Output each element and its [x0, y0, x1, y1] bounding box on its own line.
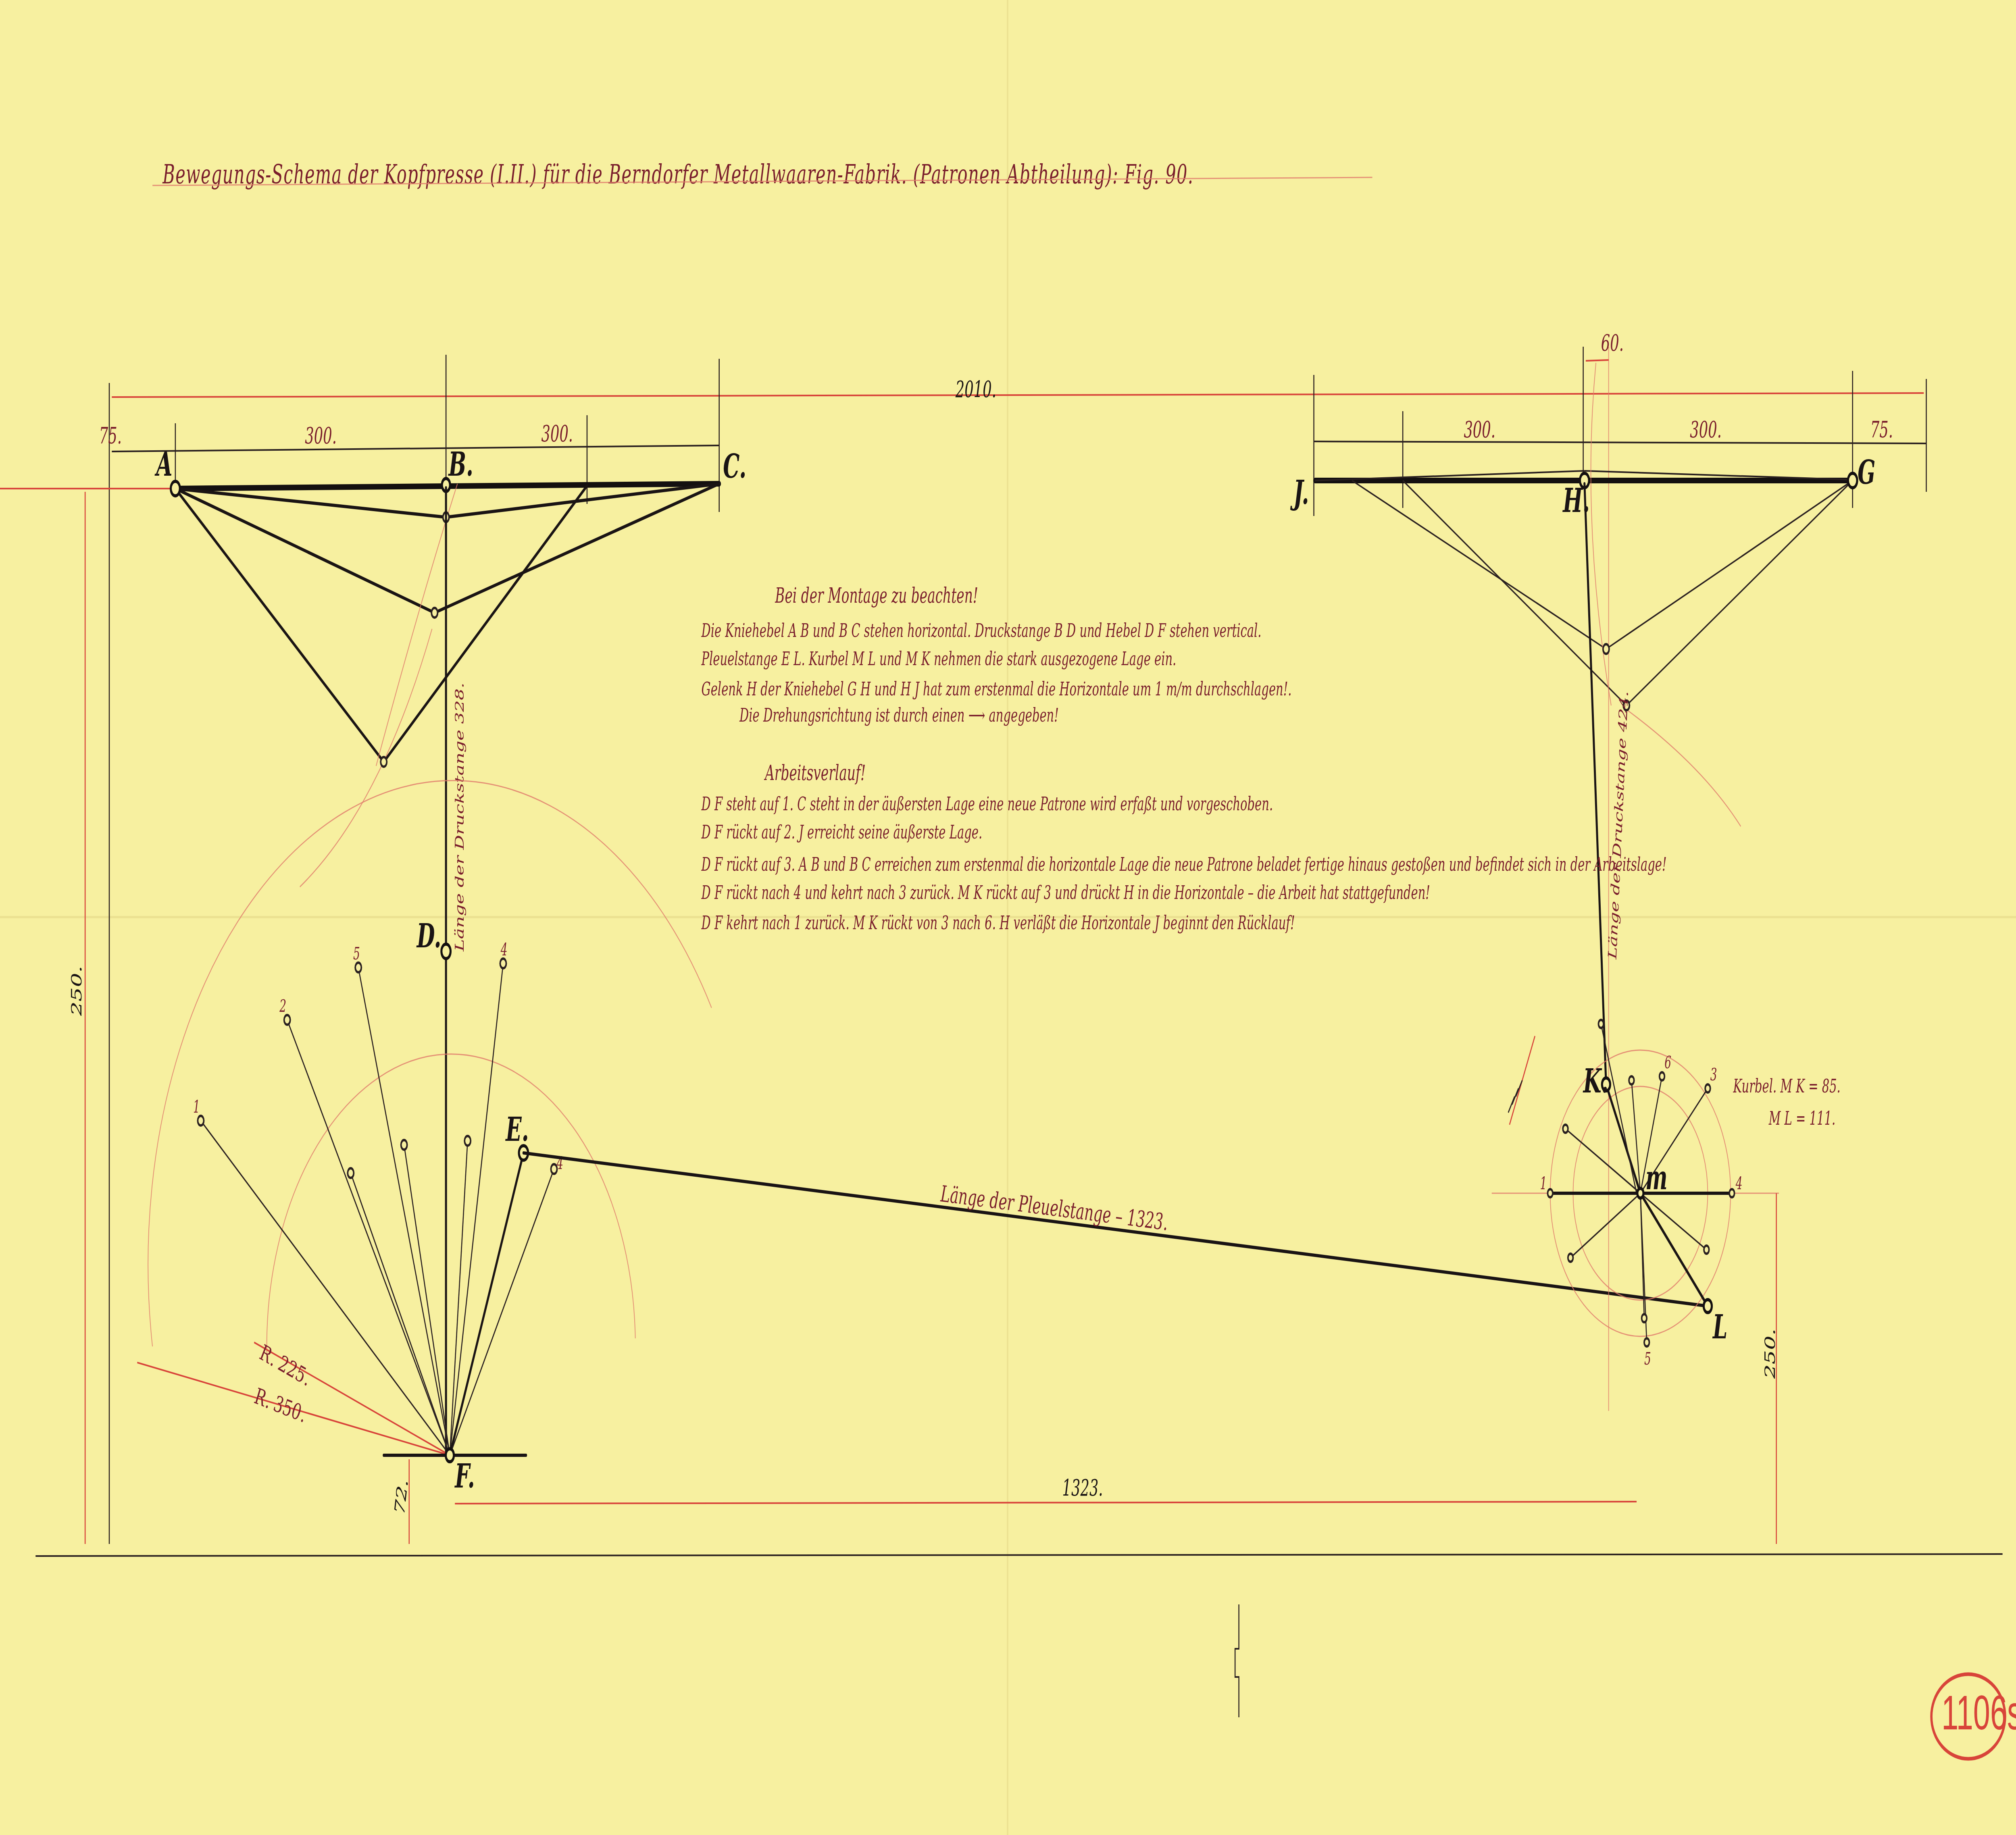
dim-gh: 300.	[1690, 417, 1722, 443]
point-d-label: D.	[416, 917, 441, 956]
dim-bottom-span: 1323.	[1062, 1475, 1103, 1502]
crank-spec-ml: M L = 111.	[1768, 1108, 1835, 1130]
assembly-note-line: Die Drehungsrichtung ist durch einen ⟶ a…	[739, 705, 1059, 726]
left-push-rod-label: Länge der Druckstange 328.	[453, 682, 467, 952]
point-e-label: E.	[505, 1111, 529, 1149]
position-5: 5	[1644, 1349, 1651, 1369]
work-sequence-heading: Arbeitsverlauf!	[764, 761, 866, 785]
point-f-label: F.	[454, 1457, 475, 1496]
position-5: 5	[353, 944, 360, 964]
point-g-label: G	[1858, 454, 1875, 492]
dim-left-height: 250.	[69, 965, 85, 1016]
dim-bc: 300.	[541, 421, 573, 447]
position-3: 3	[1710, 1065, 1717, 1085]
dim-left-offset: 75.	[99, 423, 122, 449]
position-1: 1	[193, 1097, 200, 1117]
dim-ab: 300.	[305, 423, 337, 449]
point-l-label: L	[1712, 1308, 1728, 1347]
crank-spec-mk: Kurbel. M K = 85.	[1733, 1076, 1841, 1097]
dim-right-offset: 75.	[1870, 417, 1893, 443]
work-sequence-line: D F rückt auf 3. A B und B C erreichen z…	[701, 854, 1667, 876]
position-1: 1	[1540, 1174, 1547, 1194]
position-4: 4	[500, 940, 508, 960]
assembly-note-line: Pleuelstange E L. Kurbel M L und M K neh…	[701, 648, 1177, 670]
point-c-label: C.	[723, 447, 746, 486]
work-sequence-line: D F kehrt nach 1 zurück. M K rückt von 3…	[701, 912, 1295, 934]
point-a-label: A	[154, 445, 173, 484]
position-6: 6	[1664, 1053, 1671, 1073]
position-2: 2	[279, 997, 287, 1016]
dim-right-height: 250.	[1762, 1328, 1779, 1379]
assembly-notes-heading: Bei der Montage zu beachten!	[775, 584, 978, 608]
assembly-note-line: Die Kniehebel A B und B C stehen horizon…	[701, 620, 1262, 642]
work-sequence-line: D F rückt auf 2. J erreicht seine äußers…	[701, 822, 982, 843]
point-m-label: m	[1645, 1159, 1668, 1198]
work-sequence-line: D F rückt nach 4 und kehrt nach 3 zurück…	[701, 882, 1430, 904]
mechanism-diagram: Bewegungs-Schema der Kopfpresse (I.II.) …	[0, 0, 2016, 1835]
dim-hj: 300.	[1464, 417, 1495, 443]
drawing-title: Bewegungs-Schema der Kopfpresse (I.II.) …	[162, 159, 1194, 190]
point-b-label: B.	[448, 445, 473, 484]
assembly-note-line: Gelenk H der Kniehebel G H und H J hat z…	[702, 678, 1292, 700]
position-4: 4	[1735, 1174, 1743, 1194]
dimension-2010: 2010.	[955, 377, 996, 403]
point-k-label: K.	[1583, 1062, 1608, 1101]
work-sequence-line: D F steht auf 1. C steht in der äußerste…	[701, 793, 1273, 815]
technical-drawing-sheet: Bewegungs-Schema der Kopfpresse (I.II.) …	[0, 0, 2016, 1835]
archive-stamp-number: 1106s	[1941, 1686, 2016, 1740]
dim-h-offset: 60.	[1601, 331, 1624, 357]
